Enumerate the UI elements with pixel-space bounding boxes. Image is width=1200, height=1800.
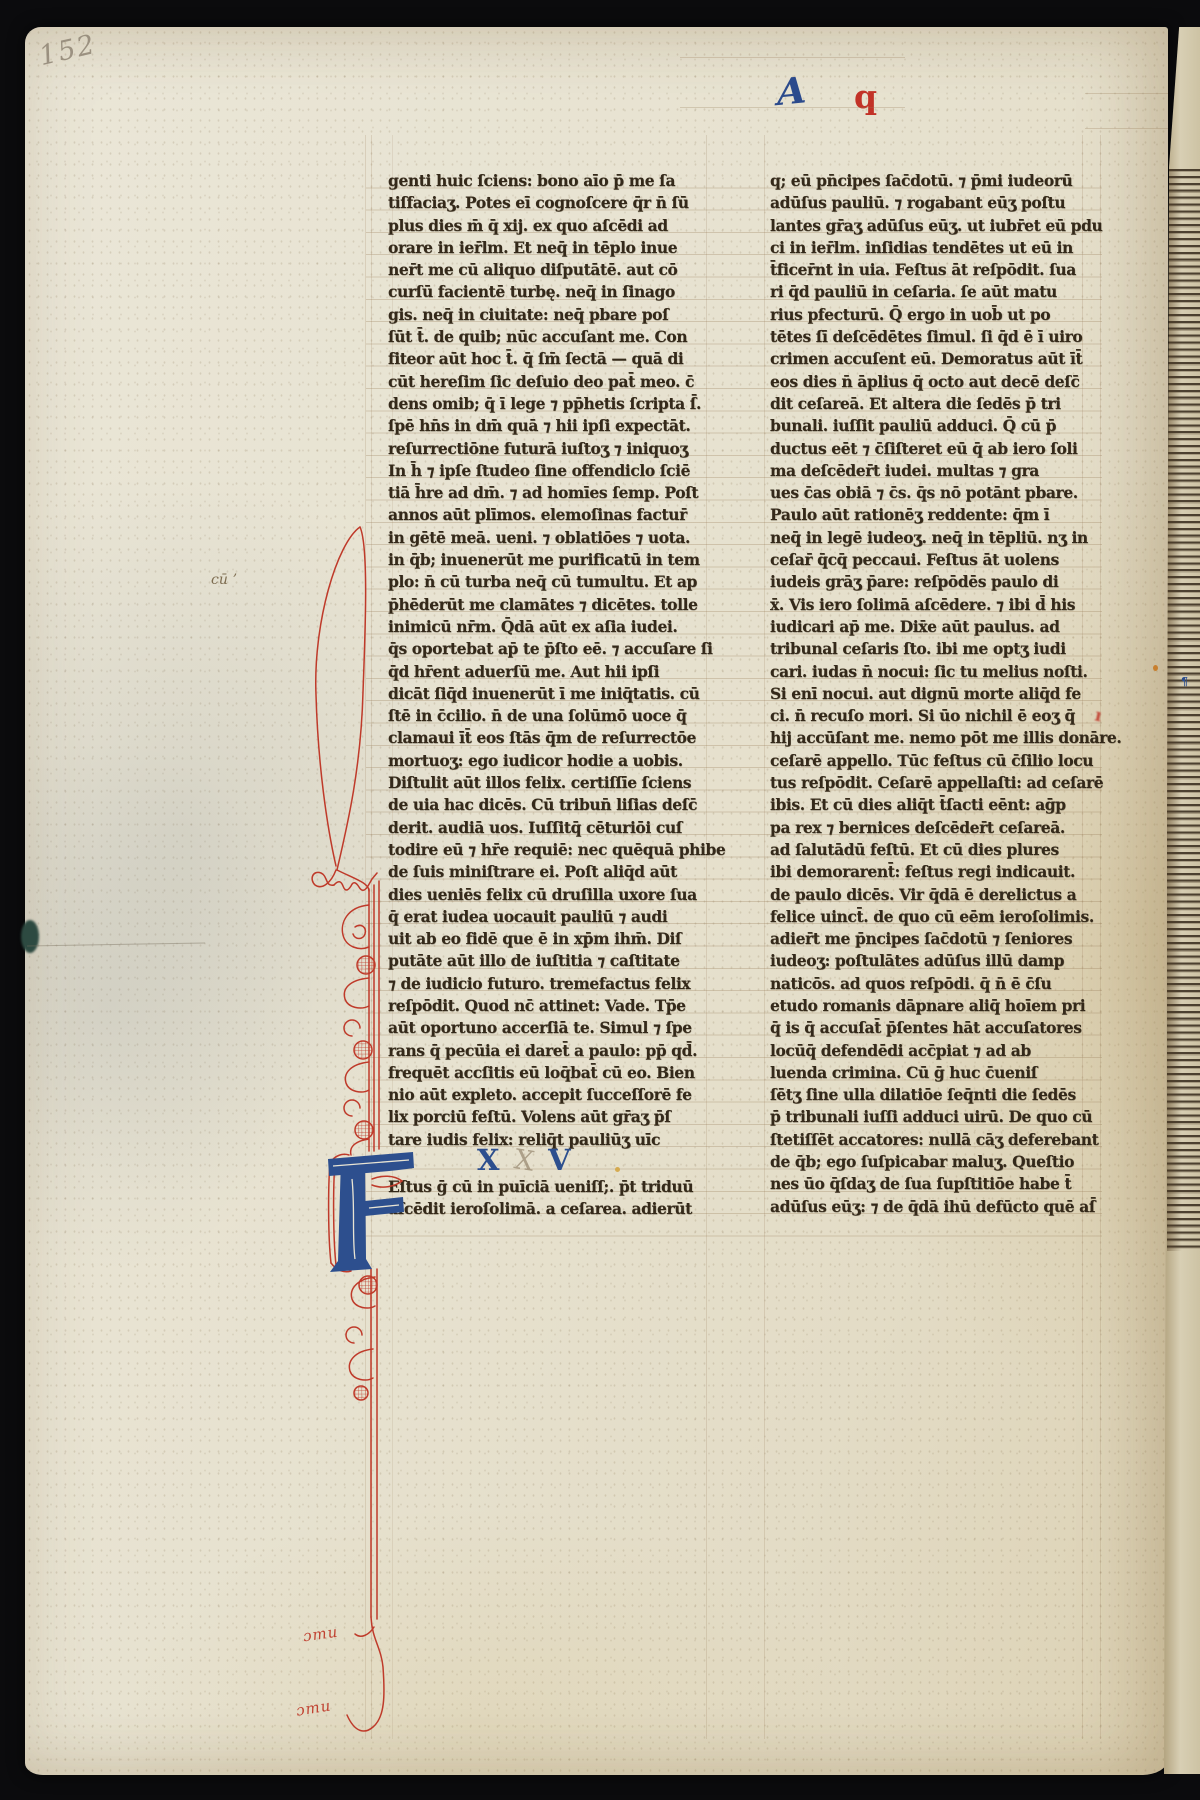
text-line: adūſus eūʒ: ⁊ de q̄dā ihū defūcto quē aſ… bbox=[770, 1196, 1128, 1218]
text-line: todire eū ⁊ hr̄e requiē: nec quēquā phib… bbox=[388, 839, 746, 861]
text-line: uit ab eo fidē que ē in xp̄m ihm̄. Diſ bbox=[388, 928, 746, 950]
ink-spot bbox=[1153, 665, 1158, 671]
text-line: Eſtus ḡ cū in puīciā ueniſſ;. p̄t triduū bbox=[388, 1176, 746, 1198]
edge-stain bbox=[21, 920, 39, 953]
text-line: felice uinct̄. de quo cū eēm ieroſolimis… bbox=[770, 906, 1128, 928]
text-line: plo: n̄ cū turba neq̄ cū tumultu. Et ap bbox=[388, 571, 746, 593]
text-line: rius pfecturū. Q̄ ergo in uob̄ ut po bbox=[770, 304, 1128, 326]
text-line: dit ceſareā. Et altera die ſedēs p̄ tri bbox=[770, 393, 1128, 415]
chapter-numeral: V bbox=[548, 1143, 571, 1177]
text-line: ci. n̄ recuſo mori. Si ūo nichil ē eoʒ q… bbox=[770, 705, 1128, 727]
text-line: annos aūt plīmos. elemoſinas factur̄ bbox=[388, 504, 746, 526]
manuscript-page: 152 A q genti huic ſciens: bono aīo p̄ m… bbox=[25, 27, 1168, 1775]
text-line: ceſarē appello. Tūc feſtus cū c̄ſilio lo… bbox=[770, 750, 1128, 772]
text-line: putāte aūt illo de iuſtitia ⁊ caſtitate bbox=[388, 950, 746, 972]
text-line: t̄ficer̄nt in uia. Feſtus āt reſpōdit. ſ… bbox=[770, 259, 1128, 281]
text-line: aūt oportuno accerſiā te. Simul ⁊ ſpe bbox=[388, 1017, 746, 1039]
text-line: tus reſpōdit. Ceſarē appellaſti: ad ceſa… bbox=[770, 772, 1128, 794]
text-line: bunali. iuſſit pauliū adduci. Q̄ cū p̄ bbox=[770, 415, 1128, 437]
facing-page-text-edge bbox=[1167, 169, 1200, 1251]
text-line: ſtetiſſēt accatores: nullā cāʒ defereban… bbox=[770, 1129, 1128, 1151]
text-line: ⁊ de iudicio futuro. tremefactus felix bbox=[388, 973, 746, 995]
text-line: reſurrectiōne futurā iuſtoʒ ⁊ iniquoʒ bbox=[388, 438, 746, 460]
text-line: gis. neq̄ in ciuitate: neq̄ pbare poſ bbox=[388, 304, 746, 326]
right-text-column: q; eū pn̄cipes ſac̄dotū. ⁊ p̄mi iudeorūa… bbox=[770, 170, 1128, 1218]
text-line: fiteor aūt hoc t̄. q̄ ſm̄ ſectā — quā di bbox=[388, 348, 746, 370]
text-line: hij accūſant me. nemo pōt me illis donār… bbox=[770, 727, 1128, 749]
text-line: reſpōdit. Quod nc̄ attinet: Vade. Tp̄e bbox=[388, 995, 746, 1017]
text-line: etudo romanis dāpnare aliq̄ hoīem pri bbox=[770, 995, 1128, 1017]
text-line: dens omib; q̄ ī lege ⁊ pp̄hetis ſcripta … bbox=[388, 393, 746, 415]
text-line: q̄s oportebat ap̄ te p̄ſto eē. ⁊ accuſar… bbox=[388, 638, 746, 660]
facing-page-blue-mark: ¶ bbox=[1181, 675, 1188, 688]
text-line: frequēt accſitis eū loq̄bat̄ cū eo. Bien bbox=[388, 1062, 746, 1084]
text-line: ner̄t me cū aliquo diſputātē. aut cō bbox=[388, 259, 746, 281]
text-line: eos dies n̄ āplius q̄ octo aut decē deſc… bbox=[770, 371, 1128, 393]
red-filigree bbox=[312, 527, 402, 1731]
text-line: ceſar̄ q̄cq̄ peccaui. Feſtus āt uolens bbox=[770, 549, 1128, 571]
text-line: ductus eēt ⁊ c̄ſiſteret eū q̄ ab iero ſo… bbox=[770, 438, 1128, 460]
text-line: inimicū nr̄m. Q̄dā aūt ex aſia iudei. bbox=[388, 616, 746, 638]
text-line: de uia hac dicēs. Cū tribun̄ liſias deſc… bbox=[388, 794, 746, 816]
text-line: Si enī nocui. aut dignū morte aliq̄d fe bbox=[770, 683, 1128, 705]
pen-flourish-and-initial bbox=[285, 507, 435, 1747]
text-line: q̄ is q̄ accuſat̄ p̄ſentes hāt accuſator… bbox=[770, 1017, 1128, 1039]
text-line: neq̄ in legē iudeoʒ. neq̄ in tēpliū. nʒ … bbox=[770, 527, 1128, 549]
text-line: ſūt t̄. de quib; nūc accuſant me. Con bbox=[388, 326, 746, 348]
text-line: Diſtulit aūt illos felix. certiſſīe ſcie… bbox=[388, 772, 746, 794]
text-line: iudicari ap̄ me. Dix̄e aūt paulus. ad bbox=[770, 616, 1128, 638]
text-line: p̄ tribunali iuſſi adduci uirū. De quo c… bbox=[770, 1106, 1128, 1128]
chapter-numeral: X bbox=[477, 1143, 500, 1177]
text-line: ibi demorarent̄: feſtus regi indicauit. bbox=[770, 861, 1128, 883]
text-line: dies ueniēs felix cū druſilla uxore ſua bbox=[388, 884, 746, 906]
text-line: nes ūo q̄ſdaʒ de ſua ſupſtitiōe habe t̄ bbox=[770, 1173, 1128, 1195]
text-line: locūq̄ defendēdi acc̄piat ⁊ ad ab bbox=[770, 1040, 1128, 1062]
text-line: cari. iudas n̄ nocui: ſic tu melius noſt… bbox=[770, 661, 1128, 683]
running-header-letter-red: q bbox=[854, 77, 877, 116]
folio-number: 152 bbox=[36, 29, 99, 72]
left-text-column: genti huic ſciens: bono aīo p̄ me ſatiſf… bbox=[388, 170, 746, 1151]
text-line: derit. audiā uos. Iuſſitq̄ cēturiōi cuſ bbox=[388, 817, 746, 839]
ink-spot bbox=[615, 1167, 620, 1172]
text-line: Paulo aūt rationēʒ reddente: q̄m ī bbox=[770, 504, 1128, 526]
photo-background: 152 A q genti huic ſciens: bono aīo p̄ m… bbox=[0, 0, 1200, 1800]
text-line: lantes gr̄aʒ adūſus eūʒ. ut iubr̄et eū p… bbox=[770, 215, 1128, 237]
text-line: dicāt ſiq̄d inuenerūt ī me iniq̄tatis. c… bbox=[388, 683, 746, 705]
text-line: de ſuis miniſtrare ei. Poſt aliq̄d aūt bbox=[388, 861, 746, 883]
text-line: ci in ier̄lm. inſidias tendētes ut eū in bbox=[770, 237, 1128, 259]
text-line: adūſus pauliū. ⁊ rogabant eūʒ poſtu bbox=[770, 192, 1128, 214]
text-line: p̄hēderūt me clamātes ⁊ dicētes. tolle bbox=[388, 594, 746, 616]
text-line: ſētʒ ſine ulla dilatiōe ſeq̄nti die ſedē… bbox=[770, 1084, 1128, 1106]
text-line: lix porciū feſtū. Volens aūt gr̄aʒ p̄ſ bbox=[388, 1106, 746, 1128]
facing-page-edge: ¶ bbox=[1164, 27, 1200, 1774]
text-line: curſū facientē turbę. neq̄ in ſinago bbox=[388, 281, 746, 303]
text-line: ues c̄as obiā ⁊ c̄s. q̄s nō potānt pbare… bbox=[770, 482, 1128, 504]
text-line: adier̄t me p̄ncipes ſac̄dotū ⁊ ſeniores bbox=[770, 928, 1128, 950]
text-line: ſpē hn̄s in dm̄ quā ⁊ hii ipſi expectāt. bbox=[388, 415, 746, 437]
ruling-horizontal bbox=[680, 107, 905, 108]
text-line: ad ſalutādū feſtū. Et cū dies plures bbox=[770, 839, 1128, 861]
margin-note: cū ʼ bbox=[211, 572, 237, 588]
text-line: ri q̄d pauliū in ceſaria. ſe aūt matu bbox=[770, 281, 1128, 303]
text-line: in q̄b; inuenerūt me purificatū in tem bbox=[388, 549, 746, 571]
text-line: q̄ erat iudea uocauit pauliū ⁊ audi bbox=[388, 906, 746, 928]
text-line: cūt hereſim ſic deſuio deo pat̄ meo. c̄ bbox=[388, 371, 746, 393]
text-line: nio aūt expleto. accepit ſucceſſorē fe bbox=[388, 1084, 746, 1106]
text-line: crimen accuſent eū. Demoratus aūt īt̄ bbox=[770, 348, 1128, 370]
text-line: luenda crimina. Cū ḡ huc c̄ueniſ bbox=[770, 1062, 1128, 1084]
text-line: tētes ſī deſcēdētes ſimul. ſi q̄d ē ī ui… bbox=[770, 326, 1128, 348]
text-line: mortuoʒ: ego iudicor hodie a uobis. bbox=[388, 750, 746, 772]
ruling-horizontal bbox=[1085, 93, 1168, 94]
ruling-horizontal bbox=[1085, 128, 1168, 129]
text-line: ibis. Et cū dies aliq̄t t̄ſacti eēnt: aḡ… bbox=[770, 794, 1128, 816]
text-line: q; eū pn̄cipes ſac̄dotū. ⁊ p̄mi iudeorū bbox=[770, 170, 1128, 192]
text-line: pa rex ⁊ bernices deſcēder̄t ceſareā. bbox=[770, 817, 1128, 839]
text-line: iudeoʒ: poſtulātes adūſus illū damp bbox=[770, 950, 1128, 972]
text-line: plus dies m̄ q̄ xij. ex quo aſcēdi ad bbox=[388, 215, 746, 237]
text-line: In h̄ ⁊ ipſe ſtudeo ſine offendiclo ſciē bbox=[388, 460, 746, 482]
chapter-number: XXV bbox=[477, 1143, 585, 1177]
text-line: rans q̄ pecūia ei daret̄ a paulo: pp̄ qd… bbox=[388, 1040, 746, 1062]
initial-F bbox=[328, 1152, 414, 1272]
text-line: in gētē meā. ueni. ⁊ oblatiōes ⁊ uota. bbox=[388, 527, 746, 549]
text-line: tribunal ceſaris ſto. ibi me optʒ iudi bbox=[770, 638, 1128, 660]
text-line: naticōs. ad quos reſpōdi. q̄ n̄ ē c̄ſu bbox=[770, 973, 1128, 995]
text-line: de q̄b; ego ſuſpicabar maluʒ. Queſtio bbox=[770, 1151, 1128, 1173]
text-line: clamaui īt̄ eos ſtās q̄m de reſurrectōe bbox=[388, 727, 746, 749]
text-line: q̄d hr̄ent aduerſū me. Aut hii ipſi bbox=[388, 661, 746, 683]
text-line: iudeis grāʒ p̄are: reſpōdēs paulo di bbox=[770, 571, 1128, 593]
text-line: orare in ier̄lm. Et neq̄ in tēplo inue bbox=[388, 237, 746, 259]
ruling-horizontal bbox=[680, 57, 905, 58]
text-line: aſcēdit ieroſolimā. a ceſarea. adierūt bbox=[388, 1198, 746, 1220]
text-line: tiſfaciaʒ. Potes eī cognoſcere q̄r n̄ ſū bbox=[388, 192, 746, 214]
chapter-opening-lines: Eſtus ḡ cū in puīciā ueniſſ;. p̄t triduū… bbox=[388, 1176, 746, 1221]
text-line: ma deſcēder̄t iudei. multas ⁊ gra bbox=[770, 460, 1128, 482]
text-line: x̄. Vis iero ſolimā aſcēdere. ⁊ ibi d̄ h… bbox=[770, 594, 1128, 616]
text-line: ſtē in c̄cilio. n̄ de una ſolūmō uoce q̄ bbox=[388, 705, 746, 727]
parchment-crease bbox=[27, 942, 205, 946]
text-line: genti huic ſciens: bono aīo p̄ me ſa bbox=[388, 170, 746, 192]
chapter-numeral-faded: X bbox=[512, 1143, 536, 1178]
text-line: de paulo dicēs. Vir q̄dā ē derelictus a bbox=[770, 884, 1128, 906]
text-line: tiā h̄re ad dm̄. ⁊ ad homīes ſemp. Poſt bbox=[388, 482, 746, 504]
